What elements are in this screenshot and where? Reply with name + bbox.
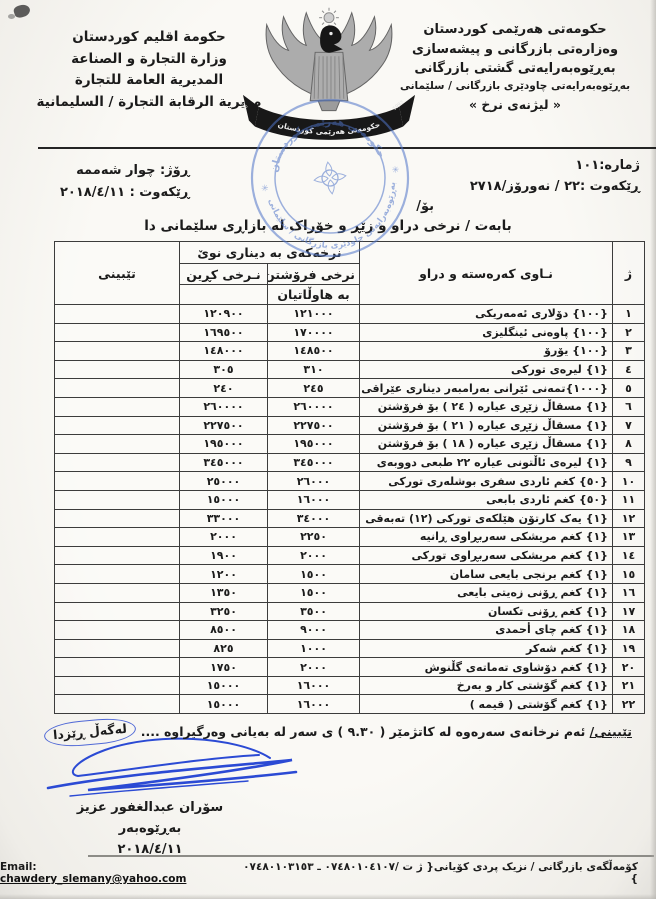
signer-date: ٢٠١٨/٤/١١ bbox=[55, 840, 245, 861]
row-note bbox=[55, 602, 180, 621]
item-name: {١} کغم ڕۆنی تکسان bbox=[360, 602, 613, 621]
table-row: ١٠ {٥٠} کغم ئاردی سفری بوشلەری تورکی ٢٦٠… bbox=[55, 472, 645, 491]
header-arabic-line: حكومة اقليم كوردستان bbox=[30, 27, 268, 49]
sell-price: ١٦٠٠٠ bbox=[268, 695, 360, 714]
to-line: بۆ/ bbox=[416, 199, 434, 214]
table-row: ٧ {١} مسقاڵ زێڕی عیارە ( ٢١ ) بۆ فرۆشتن … bbox=[55, 416, 645, 435]
document-number: ژمارە:١٠١ bbox=[470, 155, 640, 176]
email-block: Email: chawdery_slemany@yahoo.com bbox=[0, 861, 226, 885]
row-note bbox=[55, 565, 180, 584]
sell-price: ٢٤٥ bbox=[268, 379, 360, 398]
buy-price: ٣٢٥٠ bbox=[180, 602, 268, 621]
row-number: ٣ bbox=[613, 342, 645, 361]
price-committee-label: « لیژنەی نرخ » bbox=[388, 96, 642, 115]
item-name: {١} کغم گۆشتی کار و بەرخ bbox=[360, 676, 613, 695]
note-label: تێبینی/ bbox=[590, 724, 632, 739]
row-note bbox=[55, 472, 180, 491]
row-number: ١٩ bbox=[613, 639, 645, 658]
buy-price: ٢٤٠ bbox=[180, 379, 268, 398]
email-label: Email: bbox=[0, 861, 37, 873]
scanned-document-page: حکومەتی هەرێمی کوردستان وەزارەتی بازرگان… bbox=[0, 0, 656, 899]
sell-price: ١٦٠٠٠ bbox=[268, 490, 360, 509]
row-number: ١٢ bbox=[613, 509, 645, 528]
row-note bbox=[55, 323, 180, 342]
row-note bbox=[55, 509, 180, 528]
sell-price: ١٢١٠٠٠ bbox=[268, 305, 360, 324]
buy-price: ١٩٥٠٠٠ bbox=[180, 435, 268, 454]
table-row: ١١ {٥٠} کغم ئاردی بابعی ١٦٠٠٠ ١٥٠٠٠ bbox=[55, 490, 645, 509]
sell-price: ١٧٠٠٠٠ bbox=[268, 323, 360, 342]
item-name: {١} مسقاڵ زێڕی عیارە ( ٢٤ ) بۆ فرۆشتن bbox=[360, 397, 613, 416]
col-header-buy-empty bbox=[180, 285, 268, 305]
item-name: {١٠٠} یۆرۆ bbox=[360, 342, 613, 361]
buy-price: ١٧٥٠ bbox=[180, 658, 268, 677]
row-note bbox=[55, 453, 180, 472]
col-header-number: ژ bbox=[613, 242, 645, 305]
buy-price: ٨٢٥ bbox=[180, 639, 268, 658]
row-number: ١١ bbox=[613, 490, 645, 509]
sell-price: ١٠٠٠ bbox=[268, 639, 360, 658]
table-row: ١٤ {١} کغم مریشکی سەربڕاوی تورکی ٢٠٠٠ ١٩… bbox=[55, 546, 645, 565]
buy-price: ٢٦٠٠٠٠ bbox=[180, 397, 268, 416]
table-row: ١٧ {١} کغم ڕۆنی تکسان ٣٥٠٠ ٣٢٥٠ bbox=[55, 602, 645, 621]
table-row: ٢ {١٠٠} پاوەنی ئینگلیزی ١٧٠٠٠٠ ١٦٩٥٠٠ bbox=[55, 323, 645, 342]
item-name: {١} کغم گۆشتی ( قیمە ) bbox=[360, 695, 613, 714]
buy-price: ٣٠٥ bbox=[180, 360, 268, 379]
note-text: ئەم نرخانەی سەرەوە لە کاتژمێر ( ٩.٣٠ ) ی… bbox=[136, 724, 589, 739]
buy-price: ١٢٠٩٠٠ bbox=[180, 305, 268, 324]
sell-price: ١٥٠٠ bbox=[268, 565, 360, 584]
scan-smudge bbox=[13, 3, 32, 19]
buy-price: ١٥٠٠٠ bbox=[180, 695, 268, 714]
header-kurdish-line: وەزارەتی بازرگانی و پیشەسازی bbox=[388, 40, 642, 60]
row-number: ١٦ bbox=[613, 583, 645, 602]
header-arabic-line: مديرية الرقابة التجارة / السليمانية bbox=[30, 92, 268, 114]
header-kurdish-line: بەڕێوەبەرایەتی گشتی بازرگانی bbox=[388, 59, 642, 79]
col-header-buy-price: نـرخی کڕین bbox=[180, 264, 268, 285]
table-row: ١٣ {١} کغم مریشکی سەربڕاوی ڕانیە ٢٢٥٠ ٢٠… bbox=[55, 528, 645, 547]
row-number: ٧ bbox=[613, 416, 645, 435]
table-row: ١٥ {١} کغم برنجی بایعی سامان ١٥٠٠ ١٢٠٠ bbox=[55, 565, 645, 584]
row-note bbox=[55, 695, 180, 714]
stamp-text-bottom: بەڕێوەبەرایەتی چاودێری بازرگانی / سلێمان… bbox=[266, 180, 407, 259]
scan-edge-shadow-bottom bbox=[0, 894, 656, 899]
footer-note: تێبینی/ ئەم نرخانەی سەرەوە لە کاتژمێر ( … bbox=[44, 720, 632, 745]
buy-price: ٣٣٠٠٠ bbox=[180, 509, 268, 528]
item-name: {١} یەک کارتۆن هێلکەی تورکی (١٢) تەبەقی bbox=[360, 509, 613, 528]
sun-icon bbox=[319, 8, 339, 28]
buy-price: ١٣٥٠ bbox=[180, 583, 268, 602]
svg-text:حکومەتی هەرێمی کوردستان: حکومەتی هەرێمی کوردستان bbox=[263, 109, 387, 175]
svg-text:✳: ✳ bbox=[391, 165, 400, 176]
row-number: ٢٢ bbox=[613, 695, 645, 714]
item-name: {١} کغم شەکر bbox=[360, 639, 613, 658]
row-number: ١٧ bbox=[613, 602, 645, 621]
note-closing-circled: لەگەڵ ڕێزدا bbox=[43, 716, 137, 749]
scan-edge-shadow-right bbox=[650, 0, 656, 899]
buy-price: ٢٢٧٥٠٠ bbox=[180, 416, 268, 435]
item-name: {١} کغم چای أحمدی bbox=[360, 621, 613, 640]
sell-price: ٢٢٧٥٠٠ bbox=[268, 416, 360, 435]
meta-left-block: ڕۆژ: چوار شەممە ڕێکەوت : ٢٠١٨/٤/١١ bbox=[60, 160, 190, 204]
row-number: ٢١ bbox=[613, 676, 645, 695]
sell-price: ٣١٠ bbox=[268, 360, 360, 379]
header-arabic-block: حكومة اقليم كوردستان وزارة التجارة و الص… bbox=[30, 27, 268, 113]
item-name: {١} کغم ڕۆنی زەیتی بایعی bbox=[360, 583, 613, 602]
buy-price: ١٥٠٠٠ bbox=[180, 490, 268, 509]
row-note bbox=[55, 305, 180, 324]
kurdish-date: ڕێکەوت :٢٢ / نەورۆز/٢٧١٨ bbox=[470, 176, 640, 197]
item-name: {٥٠} کغم ئاردی سفری بوشلەری تورکی bbox=[360, 472, 613, 491]
row-number: ٢٠ bbox=[613, 658, 645, 677]
row-number: ٢ bbox=[613, 323, 645, 342]
row-note bbox=[55, 621, 180, 640]
sell-price: ٣٤٠٠٠ bbox=[268, 509, 360, 528]
buy-price: ١٩٠٠ bbox=[180, 546, 268, 565]
row-note bbox=[55, 583, 180, 602]
item-name: {١} کغم مریشکی سەربڕاوی ڕانیە bbox=[360, 528, 613, 547]
gregorian-date: ڕێکەوت : ٢٠١٨/٤/١١ bbox=[60, 182, 190, 204]
item-name: {١} لیرەی ئاڵتونی عیارە ٢٢ طبعی دووبەی bbox=[360, 453, 613, 472]
row-note bbox=[55, 490, 180, 509]
sell-price: ٣٥٠٠ bbox=[268, 602, 360, 621]
buy-price: ١٤٨٠٠٠ bbox=[180, 342, 268, 361]
col-header-note: تێبینی bbox=[55, 242, 180, 305]
item-name: {١} لیرەی تورکی bbox=[360, 360, 613, 379]
sell-price: ٢٠٠٠ bbox=[268, 546, 360, 565]
item-name: {٥٠} کغم ئاردی بابعی bbox=[360, 490, 613, 509]
weekday: ڕۆژ: چوار شەممە bbox=[60, 160, 190, 182]
table-row: ١٦ {١} کغم ڕۆنی زەیتی بایعی ١٥٠٠ ١٣٥٠ bbox=[55, 583, 645, 602]
sell-price: ١٩٥٠٠٠ bbox=[268, 435, 360, 454]
table-row: ٦ {١} مسقاڵ زێڕی عیارە ( ٢٤ ) بۆ فرۆشتن … bbox=[55, 397, 645, 416]
sell-price: ١٦٠٠٠ bbox=[268, 676, 360, 695]
row-note bbox=[55, 397, 180, 416]
row-number: ١٠ bbox=[613, 472, 645, 491]
signer-title: بەڕێوەبەر bbox=[55, 819, 245, 840]
buy-price: ٢٥٠٠٠ bbox=[180, 472, 268, 491]
contact-line: کۆمەڵگەی بازرگانی / نزیک پردی کۆیانی{ ژ … bbox=[0, 861, 638, 885]
table-row: ٤ {١} لیرەی تورکی ٣١٠ ٣٠٥ bbox=[55, 360, 645, 379]
row-number: ٨ bbox=[613, 435, 645, 454]
row-note bbox=[55, 416, 180, 435]
email-link[interactable]: chawdery_slemany@yahoo.com bbox=[0, 873, 186, 885]
item-name: {١} کغم دۆشاوی تەماتەی گڵنوش bbox=[360, 658, 613, 677]
row-note bbox=[55, 639, 180, 658]
buy-price: ١٦٩٥٠٠ bbox=[180, 323, 268, 342]
buy-price: ٢٠٠٠ bbox=[180, 528, 268, 547]
col-header-sell-price-sub: بە هاوڵاتیان bbox=[268, 285, 360, 305]
row-number: ٥ bbox=[613, 379, 645, 398]
row-number: ٩ bbox=[613, 453, 645, 472]
table-row: ١٩ {١} کغم شەکر ١٠٠٠ ٨٢٥ bbox=[55, 639, 645, 658]
table-row: ٣ {١٠٠} یۆرۆ ١٤٨٥٠٠ ١٤٨٠٠٠ bbox=[55, 342, 645, 361]
table-row: ٢١ {١} کغم گۆشتی کار و بەرخ ١٦٠٠٠ ١٥٠٠٠ bbox=[55, 676, 645, 695]
row-note bbox=[55, 342, 180, 361]
sell-price: ٩٠٠٠ bbox=[268, 621, 360, 640]
footer-divider-line bbox=[88, 855, 654, 857]
row-number: ١ bbox=[613, 305, 645, 324]
sell-price: ٢٠٠٠ bbox=[268, 658, 360, 677]
item-name: {١} مسقاڵ زێڕی عیارە ( ٢١ ) بۆ فرۆشتن bbox=[360, 416, 613, 435]
table-row: ٨ {١} مسقاڵ زێڕی عیارە ( ١٨ ) بۆ فرۆشتن … bbox=[55, 435, 645, 454]
item-name: {١} کغم برنجی بایعی سامان bbox=[360, 565, 613, 584]
sell-price: ٢٦٠٠٠ bbox=[268, 472, 360, 491]
sell-price: ١٥٠٠ bbox=[268, 583, 360, 602]
price-table: ژ نـاوی کەرەستە و دراو نرخەکەی بە دیناری… bbox=[54, 241, 645, 714]
header-kurdish-block: حکومەتی هەرێمی کوردستان وەزارەتی بازرگان… bbox=[388, 20, 642, 115]
scan-smudge-small bbox=[8, 14, 15, 19]
row-note bbox=[55, 379, 180, 398]
row-note bbox=[55, 528, 180, 547]
table-row: ٥ {١٠٠٠}تمەنی ئێرانی بەرامبەر دیناری عێر… bbox=[55, 379, 645, 398]
row-number: ١٨ bbox=[613, 621, 645, 640]
sell-price: ٣٤٥٠٠٠ bbox=[268, 453, 360, 472]
table-row: ٢٢ {١} کغم گۆشتی ( قیمە ) ١٦٠٠٠ ١٥٠٠٠ bbox=[55, 695, 645, 714]
header-arabic-line: وزارة التجارة و الصناعة bbox=[30, 49, 268, 71]
item-name: {١} کغم مریشکی سەربڕاوی تورکی bbox=[360, 546, 613, 565]
row-note bbox=[55, 435, 180, 454]
row-number: ٤ bbox=[613, 360, 645, 379]
contact-address: کۆمەڵگەی بازرگانی / نزیک پردی کۆیانی{ ژ … bbox=[234, 861, 638, 885]
sell-price: ١٤٨٥٠٠ bbox=[268, 342, 360, 361]
row-note bbox=[55, 658, 180, 677]
row-number: ١٥ bbox=[613, 565, 645, 584]
buy-price: ١٥٠٠٠ bbox=[180, 676, 268, 695]
price-table-body: ١ {١٠٠} دۆلاری ئەمەریکی ١٢١٠٠٠ ١٢٠٩٠٠ ٢ … bbox=[55, 305, 645, 714]
item-name: {١٠٠} دۆلاری ئەمەریکی bbox=[360, 305, 613, 324]
official-stamp-blue: ✳✳ حکومەتی هەرێمی کوردستان بەڕێوەبەرایەت… bbox=[237, 85, 422, 270]
stamp-text-top: حکومەتی هەرێمی کوردستان bbox=[263, 109, 387, 175]
item-name: {١٠٠} پاوەنی ئینگلیزی bbox=[360, 323, 613, 342]
svg-text:✳: ✳ bbox=[260, 184, 269, 195]
header-kurdish-line: حکومەتی هەرێمی کوردستان bbox=[388, 20, 642, 40]
buy-price: ١٢٠٠ bbox=[180, 565, 268, 584]
item-name: {١} مسقاڵ زێڕی عیارە ( ١٨ ) بۆ فرۆشتن bbox=[360, 435, 613, 454]
table-row: ١ {١٠٠} دۆلاری ئەمەریکی ١٢١٠٠٠ ١٢٠٩٠٠ bbox=[55, 305, 645, 324]
row-number: ٦ bbox=[613, 397, 645, 416]
svg-text:بەڕێوەبەرایەتی چاودێری بازرگان: بەڕێوەبەرایەتی چاودێری بازرگانی / سلێمان… bbox=[266, 180, 407, 259]
row-number: ١٣ bbox=[613, 528, 645, 547]
table-row: ١٨ {١} کغم چای أحمدی ٩٠٠٠ ٨٥٠٠ bbox=[55, 621, 645, 640]
header-arabic-line: المديرية العامة للتجارة bbox=[30, 70, 268, 92]
row-note bbox=[55, 676, 180, 695]
table-row: ٢٠ {١} کغم دۆشاوی تەماتەی گڵنوش ٢٠٠٠ ١٧٥… bbox=[55, 658, 645, 677]
table-row: ٩ {١} لیرەی ئاڵتونی عیارە ٢٢ طبعی دووبەی… bbox=[55, 453, 645, 472]
item-name: {١٠٠٠}تمەنی ئێرانی بەرامبەر دیناری عێراق… bbox=[360, 379, 613, 398]
sell-price: ٢٢٥٠ bbox=[268, 528, 360, 547]
eagle-head-icon bbox=[320, 25, 343, 52]
sell-price: ٢٦٠٠٠٠ bbox=[268, 397, 360, 416]
table-row: ١٢ {١} یەک کارتۆن هێلکەی تورکی (١٢) تەبە… bbox=[55, 509, 645, 528]
buy-price: ٣٤٥٠٠٠ bbox=[180, 453, 268, 472]
header-kurdish-line: بەڕێوەبەرایەتی چاودێری بازرگانی / سلێمان… bbox=[388, 79, 642, 95]
buy-price: ٨٥٠٠ bbox=[180, 621, 268, 640]
row-note bbox=[55, 360, 180, 379]
meta-right-block: ژمارە:١٠١ ڕێکەوت :٢٢ / نەورۆز/٢٧١٨ bbox=[470, 155, 640, 198]
row-note bbox=[55, 546, 180, 565]
row-number: ١٤ bbox=[613, 546, 645, 565]
